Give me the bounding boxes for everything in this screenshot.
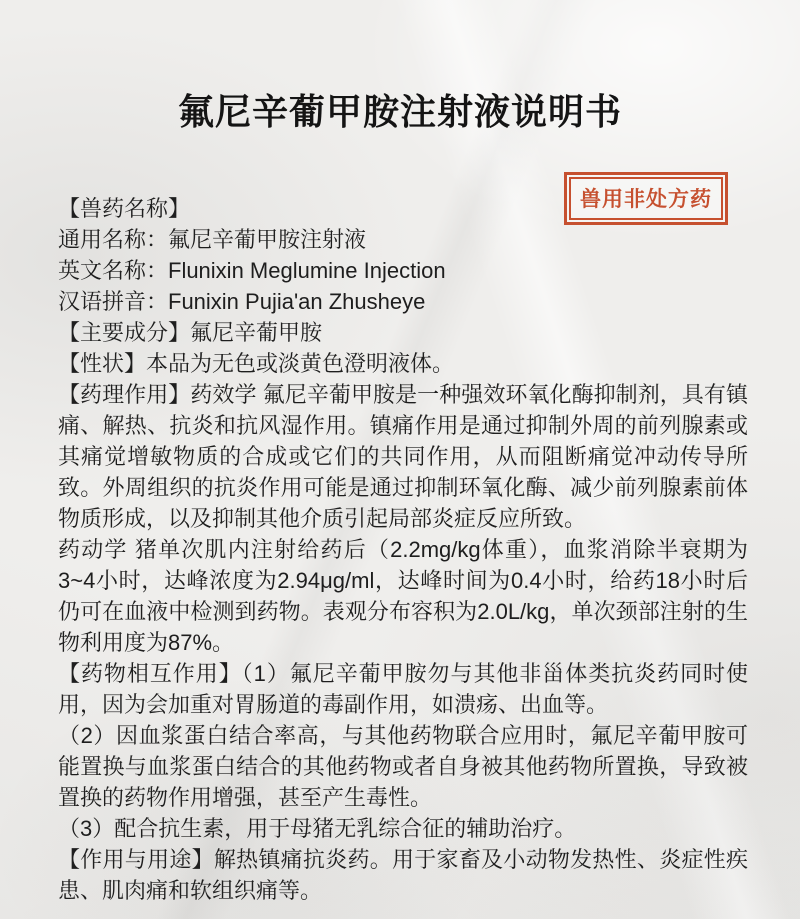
paragraph: （2）因血浆蛋白结合率高，与其他药物联合应用时，氟尼辛葡甲胺可能置换与血浆蛋白结… [58, 720, 748, 813]
paragraph: 【药理作用】药效学 氟尼辛葡甲胺是一种强效环氧化酶抑制剂，具有镇痛、解热、抗炎和… [58, 379, 748, 534]
paragraph: 英文名称：Flunixin Meglumine Injection [58, 255, 748, 286]
paragraph: 通用名称：氟尼辛葡甲胺注射液 [58, 224, 748, 255]
paragraph: 药动学 猪单次肌内注射给药后（2.2mg/kg体重），血浆消除半衰期为3~4小时… [58, 534, 748, 658]
paragraph: 【主要成分】氟尼辛葡甲胺 [58, 317, 748, 348]
paragraph: 汉语拼音：Funixin Pujia'an Zhusheye [58, 286, 748, 317]
paragraph: 【兽药名称】 [58, 193, 748, 224]
paragraph: （3）配合抗生素，用于母猪无乳综合征的辅助治疗。 [58, 813, 748, 844]
page-title: 氟尼辛葡甲胺注射液说明书 [0, 84, 800, 135]
paragraph: 【药物相互作用】（1）氟尼辛葡甲胺勿与其他非甾体类抗炎药同时使用，因为会加重对胃… [58, 658, 748, 720]
paragraph: 【性状】本品为无色或淡黄色澄明液体。 [58, 348, 748, 379]
paragraph: 【作用与用途】解热镇痛抗炎药。用于家畜及小动物发热性、炎症性疾患、肌肉痛和软组织… [58, 844, 748, 906]
document-body: 【兽药名称】通用名称：氟尼辛葡甲胺注射液英文名称：Flunixin Meglum… [58, 193, 748, 906]
